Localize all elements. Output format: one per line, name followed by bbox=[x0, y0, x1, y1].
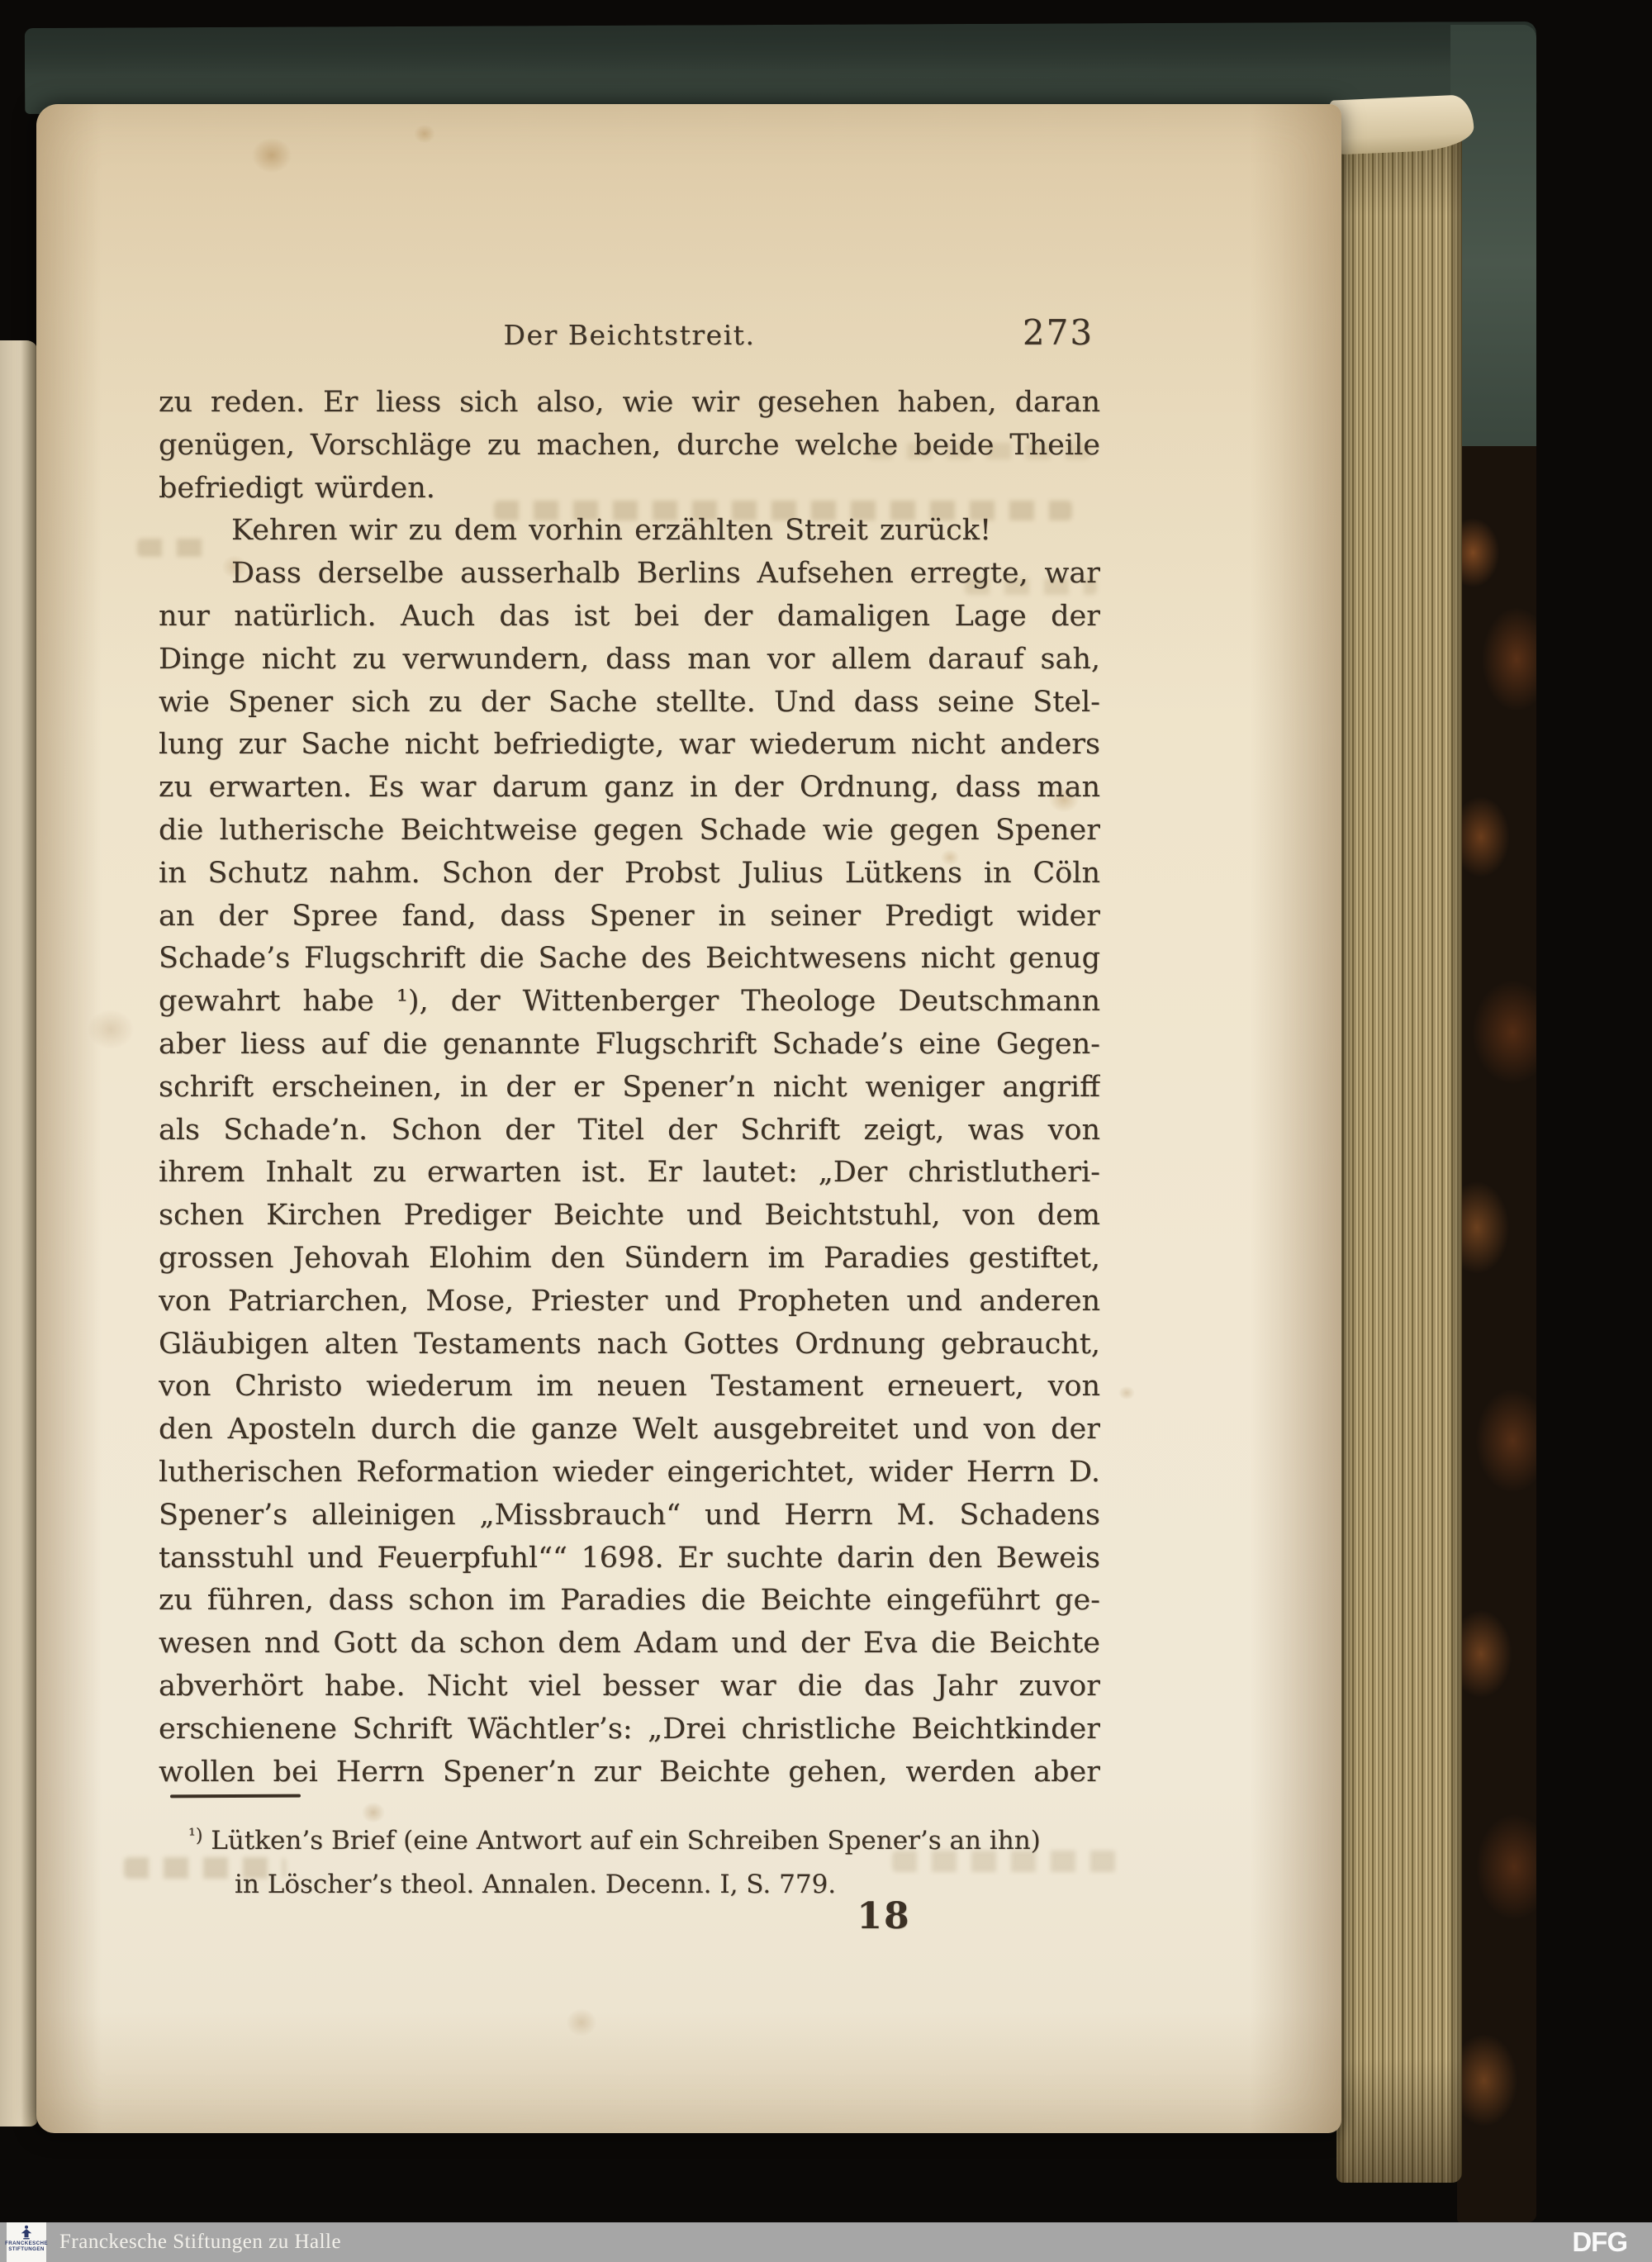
franckesche-eagle-sun-icon bbox=[18, 2224, 35, 2241]
body-text-line: wesen nnd Gott da schon dem Adam und der… bbox=[159, 1623, 1100, 1666]
body-text-line: wollen bei Herrn Spener’n zur Beichte ge… bbox=[159, 1751, 1100, 1794]
body-text-line: schen Kirchen Prediger Beichte und Beich… bbox=[159, 1195, 1100, 1238]
dfg-logo: DFG bbox=[1572, 2222, 1627, 2262]
left-page-edge bbox=[0, 340, 38, 2127]
body-text-line: ihrem Inhalt zu erwarten ist. Er lautet:… bbox=[159, 1152, 1100, 1195]
body-text-line: schrift erscheinen, in der er Spener’n n… bbox=[159, 1067, 1100, 1110]
page-number: 273 bbox=[1013, 312, 1104, 353]
logo-caption-line-2: STIFTUNGEN bbox=[8, 2246, 45, 2252]
body-text-line: von Patriarchen, Mose, Priester und Prop… bbox=[159, 1281, 1100, 1323]
body-text-line: aber liess auf die genannte Flugschrift … bbox=[159, 1024, 1100, 1067]
body-text-line: den Aposteln durch die ganze Welt ausgeb… bbox=[159, 1409, 1100, 1452]
body-text-line: genügen, Vorschläge zu machen, durche we… bbox=[159, 425, 1100, 468]
signature-mark: 18 bbox=[843, 1895, 925, 1937]
body-text-line: Spener’s alleinigen „Missbrauch“ und Her… bbox=[159, 1495, 1100, 1537]
book-fore-edge-pages bbox=[1336, 112, 1462, 2183]
body-text-line: wie Spener sich zu der Sache stellte. Un… bbox=[159, 682, 1100, 725]
body-text-line: in Schutz nahm. Schon der Probst Julius … bbox=[159, 853, 1100, 896]
body-text-line: zu führen, dass schon im Paradies die Be… bbox=[159, 1580, 1100, 1623]
institution-label: Franckesche Stiftungen zu Halle bbox=[59, 2222, 341, 2262]
body-text-line: lung zur Sache nicht befriedigte, war wi… bbox=[159, 724, 1100, 767]
body-text-line: Dinge nicht zu verwundern, dass man vor … bbox=[159, 639, 1100, 682]
body-text-line: erschienene Schrift Wächtler’s: „Drei ch… bbox=[159, 1708, 1100, 1751]
footnote-text: Lütken’s Brief (eine Antwort auf ein Sch… bbox=[202, 1826, 1040, 1856]
body-text-line: befriedigt würden. bbox=[159, 468, 1100, 511]
body-text-line: zu erwarten. Es war darum ganz in der Or… bbox=[159, 767, 1100, 810]
running-head: Der Beichtstreit. bbox=[159, 319, 1100, 351]
body-text-line: grossen Jehovah Elohim den Sündern im Pa… bbox=[159, 1238, 1100, 1281]
body-text-line: tansstuhl und Feuerpfuhl““ 1698. Er such… bbox=[159, 1537, 1100, 1580]
body-text: zu reden. Er liess sich also, wie wir ge… bbox=[159, 382, 1100, 1794]
book-cover-top-edge bbox=[25, 21, 1536, 114]
body-text-line: Kehren wir zu dem vorhin erzählten Strei… bbox=[159, 510, 1100, 553]
body-text-line: abverhört habe. Nicht viel besser war di… bbox=[159, 1666, 1100, 1708]
book-scan-viewer: Der Beichtstreit. 273 zu reden. Er liess… bbox=[0, 0, 1652, 2262]
footnote-line-1: ¹) Lütken’s Brief (eine Antwort auf ein … bbox=[188, 1814, 1122, 1863]
footnote-line-2: in Löscher’s theol. Annalen. Decenn. I, … bbox=[188, 1863, 1122, 1907]
body-text-line: als Schade’n. Schon der Titel der Schrif… bbox=[159, 1110, 1100, 1152]
footnote-rule bbox=[170, 1794, 301, 1799]
body-text-line: zu reden. Er liess sich also, wie wir ge… bbox=[159, 382, 1100, 425]
body-text-line: Dass derselbe ausserhalb Berlins Aufsehe… bbox=[159, 553, 1100, 596]
body-text-line: lutherischen Reformation wieder eingeric… bbox=[159, 1452, 1100, 1495]
body-text-line: nur natürlich. Auch das ist bei der dama… bbox=[159, 596, 1100, 639]
viewer-footer-bar: FRANCKESCHE STIFTUNGEN Franckesche Stift… bbox=[0, 2222, 1652, 2262]
body-text-line: Schade’s Flugschrift die Sache des Beich… bbox=[159, 938, 1100, 981]
body-text-line: die lutherische Beichtweise gegen Schade… bbox=[159, 810, 1100, 853]
book-cover-marbled-edge bbox=[1457, 446, 1536, 2222]
body-text-line: an der Spree fand, dass Spener in seiner… bbox=[159, 896, 1100, 939]
body-text-line: Gläubigen alten Testaments nach Gottes O… bbox=[159, 1323, 1100, 1366]
footnote-marker: ¹) bbox=[188, 1826, 202, 1846]
footnote: ¹) Lütken’s Brief (eine Antwort auf ein … bbox=[188, 1814, 1122, 1907]
logo-caption-line-1: FRANCKESCHE bbox=[5, 2241, 48, 2246]
body-text-line: von Christo wiederum im neuen Testament … bbox=[159, 1366, 1100, 1409]
body-text-line: gewahrt habe ¹), der Wittenberger Theolo… bbox=[159, 981, 1100, 1024]
franckesche-logo-box: FRANCKESCHE STIFTUNGEN bbox=[7, 2222, 46, 2262]
